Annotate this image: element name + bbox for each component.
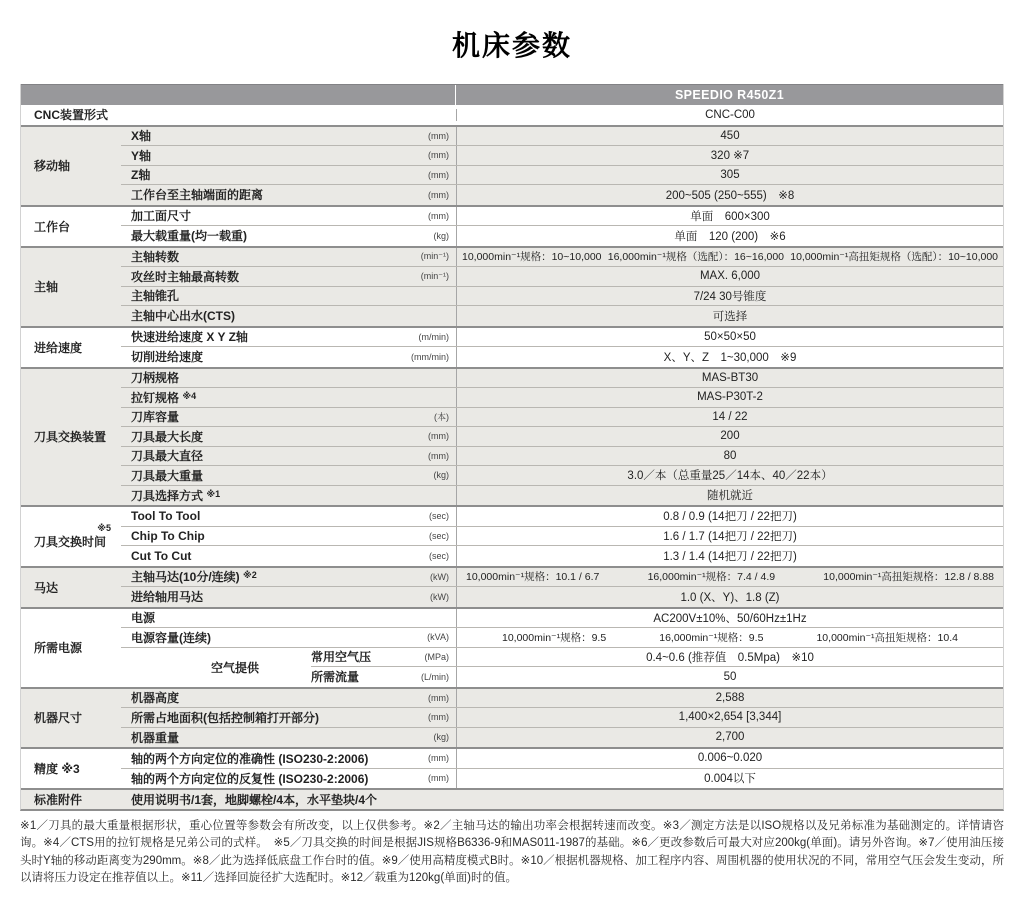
value-cell: 2,588 xyxy=(456,689,1003,708)
air-supply-block: 空气提供 常用空气压(MPa) 0.4~0.6 (推荐值 0.5Mpa) ※10… xyxy=(121,648,1003,687)
spec-row: 切削进给速度(mm/min) X、Y、Z 1~30,000 ※9 xyxy=(121,347,1003,367)
section-spindle: 主轴 主轴转数(min⁻¹) 10,000min⁻¹规格：10~10,000 1… xyxy=(21,246,1003,326)
spec-row: 主轴马达(10分/连续) ※2(kW) 10,000min⁻¹规格：10.1 /… xyxy=(121,568,1003,588)
spec-row: 主轴转数(min⁻¹) 10,000min⁻¹规格：10~10,000 16,0… xyxy=(121,248,1003,268)
value-part: 16,000min⁻¹规格（选配）：16~16,000 xyxy=(608,249,784,264)
param-label: 常用空气压 xyxy=(311,648,371,665)
value-cell: AC200V±10%、50/60Hz±1Hz xyxy=(456,609,1003,628)
value-cell: 可选择 xyxy=(456,306,1003,326)
spec-row: 刀库容量(本) 14 / 22 xyxy=(121,408,1003,428)
param-label: Tool To Tool xyxy=(131,509,200,523)
param-label: 刀具最大长度 xyxy=(131,428,203,445)
param-label: Cut To Cut xyxy=(131,549,191,563)
spec-row: Z轴(mm) 305 xyxy=(121,166,1003,186)
unit-label: (本) xyxy=(428,410,449,423)
param-label: X轴 xyxy=(131,127,151,144)
param-label: 主轴马达(10分/连续) ※2 xyxy=(131,568,257,585)
value-part: 10,000min⁻¹规格：10.1 / 6.7 xyxy=(466,569,599,584)
unit-label: (sec) xyxy=(423,551,449,561)
footnote-mark: ※1 xyxy=(206,489,220,499)
unit-label: (min⁻¹) xyxy=(415,251,449,262)
unit-label: (mm) xyxy=(422,211,449,221)
value-cell: 0.8 / 0.9 (14把刀 / 22把刀) xyxy=(456,507,1003,526)
value-part: 10,000min⁻¹高扭矩规格（选配）：10~10,000 xyxy=(790,249,998,264)
spec-row: 刀具最大直径(mm) 80 xyxy=(121,447,1003,467)
param-label: 切削进给速度 xyxy=(131,348,203,365)
value-cell: 10,000min⁻¹规格：9.5 16,000min⁻¹规格：9.5 10,0… xyxy=(456,628,1003,647)
subcategory-label: 空气提供 xyxy=(121,648,311,687)
param-label: Y轴 xyxy=(131,147,151,164)
footnote-mark: ※4 xyxy=(182,391,196,401)
value-cell: 2,700 xyxy=(456,728,1003,748)
unit-label: (mm) xyxy=(422,170,449,180)
value-part: 16,000min⁻¹规格：9.5 xyxy=(659,630,763,645)
spec-row: 主轴锥孔 7/24 30号锥度 xyxy=(121,287,1003,307)
category-label: 马达 xyxy=(21,568,121,607)
spec-row: 快速进给速度 X Y Z轴(m/min) 50×50×50 xyxy=(121,328,1003,348)
value-part: 10,000min⁻¹高扭矩规格：10.4 xyxy=(816,630,958,645)
param-label: 所需流量 xyxy=(311,668,359,685)
param-label: 进给轴用马达 xyxy=(131,588,203,605)
value-cell: 0.006~0.020 xyxy=(456,749,1003,768)
value-cell: 7/24 30号锥度 xyxy=(456,287,1003,306)
spec-row: 拉钉规格 ※4 MAS-P30T-2 xyxy=(121,388,1003,408)
unit-label: (L/min) xyxy=(415,672,449,682)
unit-label: (mm) xyxy=(422,773,449,783)
value-part: 10,000min⁻¹高扭矩规格：12.8 / 8.88 xyxy=(823,569,994,584)
footnote-mark: ※5 xyxy=(34,523,111,533)
unit-label: (mm) xyxy=(422,190,449,200)
value-cell: 320 ※7 xyxy=(456,146,1003,165)
unit-label: (kW) xyxy=(424,592,449,602)
value-cell: 10,000min⁻¹规格：10~10,000 16,000min⁻¹规格（选配… xyxy=(456,248,1003,267)
value-part: 10,000min⁻¹规格：10~10,000 xyxy=(462,249,602,264)
unit-label: (mm) xyxy=(422,150,449,160)
param-label: 刀具选择方式 ※1 xyxy=(131,487,220,504)
value-cell: 50 xyxy=(456,667,1003,687)
param-label: 所需占地面积(包括控制箱打开部分) xyxy=(131,709,319,726)
category-label: 所需电源 xyxy=(21,609,121,687)
param-label: 轴的两个方向定位的反复性 (ISO230-2:2006) xyxy=(131,770,368,787)
param-label: 加工面尺寸 xyxy=(131,207,191,224)
spec-row: 常用空气压(MPa) 0.4~0.6 (推荐值 0.5Mpa) ※10 xyxy=(311,648,1003,668)
value-cell: 200 xyxy=(456,427,1003,446)
unit-label: (mm) xyxy=(422,693,449,703)
category-label: ※5 刀具交换时间 xyxy=(21,507,121,566)
spec-row: 电源 AC200V±10%、50/60Hz±1Hz xyxy=(121,609,1003,629)
spec-row: Chip To Chip(sec) 1.6 / 1.7 (14把刀 / 22把刀… xyxy=(121,527,1003,547)
spec-row: 机器重量(kg) 2,700 xyxy=(121,728,1003,748)
value-cell: MAX. 6,000 xyxy=(456,267,1003,286)
spec-row: Y轴(mm) 320 ※7 xyxy=(121,146,1003,166)
section-table: 工作台 加工面尺寸(mm) 单面 600×300 最大载重量(均一载重)(kg)… xyxy=(21,205,1003,246)
unit-label: (kg) xyxy=(428,231,450,241)
param-label: 刀具最大重量 xyxy=(131,467,203,484)
category-label: 机器尺寸 xyxy=(21,689,121,748)
value-cell: 单面 600×300 xyxy=(456,207,1003,226)
param-label: 机器重量 xyxy=(131,729,179,746)
spec-row: Cut To Cut(sec) 1.3 / 1.4 (14把刀 / 22把刀) xyxy=(121,546,1003,566)
spec-table: SPEEDIO R450Z1 CNC装置形式 CNC-C00 移动轴 X轴(mm… xyxy=(20,84,1004,811)
category-label: 移动轴 xyxy=(21,127,121,205)
value-cell: MAS-BT30 xyxy=(456,369,1003,388)
param-label: CNC装置形式 xyxy=(21,106,456,123)
unit-label: (m/min) xyxy=(413,332,450,342)
spec-row: 最大载重量(均一载重)(kg) 单面 120 (200) ※6 xyxy=(121,226,1003,246)
section-accuracy: 精度 ※3 轴的两个方向定位的准确性 (ISO230-2:2006)(mm) 0… xyxy=(21,747,1003,788)
unit-label: (sec) xyxy=(423,531,449,541)
unit-label: (mm) xyxy=(422,753,449,763)
value-cell: 0.004以下 xyxy=(456,769,1003,789)
value-cell: 单面 120 (200) ※6 xyxy=(456,226,1003,246)
spec-row: 攻丝时主轴最高转数(min⁻¹) MAX. 6,000 xyxy=(121,267,1003,287)
unit-label: (kg) xyxy=(428,470,450,480)
value-cell: MAS-P30T-2 xyxy=(456,388,1003,407)
value-part: 16,000min⁻¹规格：7.4 / 4.9 xyxy=(648,569,776,584)
value-cell: 随机就近 xyxy=(456,486,1003,506)
unit-label: (min⁻¹) xyxy=(415,271,449,282)
value-cell: 10,000min⁻¹规格：10.1 / 6.7 16,000min⁻¹规格：7… xyxy=(456,568,1003,587)
table-header-row: SPEEDIO R450Z1 xyxy=(21,84,1003,105)
value-cell: CNC-C00 xyxy=(456,109,1003,121)
page-title: 机床参数 xyxy=(0,0,1024,64)
spec-row: 轴的两个方向定位的准确性 (ISO230-2:2006)(mm) 0.006~0… xyxy=(121,749,1003,769)
unit-label: (sec) xyxy=(423,511,449,521)
value-cell: 305 xyxy=(456,166,1003,185)
spec-row: 所需占地面积(包括控制箱打开部分)(mm) 1,400×2,654 [3,344… xyxy=(121,708,1003,728)
category-label: 主轴 xyxy=(21,248,121,326)
value-cell: 50×50×50 xyxy=(456,328,1003,347)
unit-label: (MPa) xyxy=(419,652,450,662)
unit-label: (kW) xyxy=(424,572,449,582)
param-label: 刀具最大直径 xyxy=(131,447,203,464)
value-cell: 使用说明书/1套，地脚螺栓/4本，水平垫块/4个 xyxy=(121,790,1003,809)
section-power-supply: 所需电源 电源 AC200V±10%、50/60Hz±1Hz 电源容量(连续)(… xyxy=(21,607,1003,687)
spec-row: 轴的两个方向定位的反复性 (ISO230-2:2006)(mm) 0.004以下 xyxy=(121,769,1003,789)
unit-label: (mm) xyxy=(422,431,449,441)
section-standard-accessories: 标准附件 使用说明书/1套，地脚螺栓/4本，水平垫块/4个 xyxy=(21,788,1003,809)
spec-row: 刀柄规格 MAS-BT30 xyxy=(121,369,1003,389)
category-label: 标准附件 xyxy=(21,790,121,809)
value-cell: 1.0 (X、Y)、1.8 (Z) xyxy=(456,587,1003,607)
section-travel-axes: 移动轴 X轴(mm) 450 Y轴(mm) 320 ※7 Z轴(mm) 305 … xyxy=(21,125,1003,205)
unit-label: (mm/min) xyxy=(405,352,449,362)
section-motor: 马达 主轴马达(10分/连续) ※2(kW) 10,000min⁻¹规格：10.… xyxy=(21,566,1003,607)
footnote-mark: ※2 xyxy=(243,570,257,580)
value-cell: 3.0／本（总重量25／14本、40／22本） xyxy=(456,466,1003,485)
header-empty-cell xyxy=(21,85,456,105)
value-part: 10,000min⁻¹规格：9.5 xyxy=(502,630,606,645)
unit-label: (mm) xyxy=(422,451,449,461)
unit-label: (kg) xyxy=(428,732,450,742)
footnotes: ※1／刀具的最大重量根据形状，重心位置等参数会有所改变，以上仅供参考。※2／主轴… xyxy=(20,818,1004,887)
category-label: 进给速度 xyxy=(21,328,121,367)
unit-label: (mm) xyxy=(422,131,449,141)
value-cell: X、Y、Z 1~30,000 ※9 xyxy=(456,347,1003,367)
category-label: 工作台 xyxy=(21,207,121,246)
spec-row: X轴(mm) 450 xyxy=(121,127,1003,147)
spec-row: 电源容量(连续)(kVA) 10,000min⁻¹规格：9.5 16,000mi… xyxy=(121,628,1003,648)
value-cell: 80 xyxy=(456,447,1003,466)
category-label: 刀具交换装置 xyxy=(21,369,121,506)
spec-row: 加工面尺寸(mm) 单面 600×300 xyxy=(121,207,1003,227)
spec-row: 工作台至主轴端面的距离(mm) 200~505 (250~555) ※8 xyxy=(121,185,1003,205)
spec-row: Tool To Tool(sec) 0.8 / 0.9 (14把刀 / 22把刀… xyxy=(121,507,1003,527)
param-label: 最大载重量(均一载重) xyxy=(131,227,247,244)
section-machine-size: 机器尺寸 机器高度(mm) 2,588 所需占地面积(包括控制箱打开部分)(mm… xyxy=(21,687,1003,748)
param-label: Chip To Chip xyxy=(131,529,205,543)
value-cell: 0.4~0.6 (推荐值 0.5Mpa) ※10 xyxy=(456,648,1003,667)
param-label: Z轴 xyxy=(131,166,150,183)
param-label: 主轴锥孔 xyxy=(131,287,179,304)
param-label: 攻丝时主轴最高转数 xyxy=(131,268,239,285)
param-label: 主轴转数 xyxy=(131,248,179,265)
param-label: 电源容量(连续) xyxy=(131,629,211,646)
spec-row: 刀具最大长度(mm) 200 xyxy=(121,427,1003,447)
spec-row: 主轴中心出水(CTS) 可选择 xyxy=(121,306,1003,326)
param-label: 工作台至主轴端面的距离 xyxy=(131,186,263,203)
spec-row: 刀具选择方式 ※1 随机就近 xyxy=(121,486,1003,506)
param-label: 刀库容量 xyxy=(131,408,179,425)
value-cell: 450 xyxy=(456,127,1003,146)
unit-label: (kVA) xyxy=(421,632,449,642)
spec-row: 机器高度(mm) 2,588 xyxy=(121,689,1003,709)
value-cell: 14 / 22 xyxy=(456,408,1003,427)
model-header: SPEEDIO R450Z1 xyxy=(456,85,1003,105)
value-cell: 200~505 (250~555) ※8 xyxy=(456,185,1003,205)
section-feed-rate: 进给速度 快速进给速度 X Y Z轴(m/min) 50×50×50 切削进给速… xyxy=(21,326,1003,367)
param-label: 快速进给速度 X Y Z轴 xyxy=(131,328,248,345)
cnc-row: CNC装置形式 CNC-C00 xyxy=(21,105,1003,125)
value-cell: 1,400×2,654 [3,344] xyxy=(456,708,1003,727)
spec-row: 进给轴用马达(kW) 1.0 (X、Y)、1.8 (Z) xyxy=(121,587,1003,607)
value-cell: 1.6 / 1.7 (14把刀 / 22把刀) xyxy=(456,527,1003,546)
spec-row: 所需流量(L/min) 50 xyxy=(311,667,1003,687)
param-label: 刀柄规格 xyxy=(131,369,179,386)
param-label: 主轴中心出水(CTS) xyxy=(131,307,235,324)
unit-label: (mm) xyxy=(422,712,449,722)
value-cell: 1.3 / 1.4 (14把刀 / 22把刀) xyxy=(456,546,1003,566)
param-label: 轴的两个方向定位的准确性 (ISO230-2:2006) xyxy=(131,750,368,767)
category-label: 精度 ※3 xyxy=(21,749,121,788)
section-tool-change-time: ※5 刀具交换时间 Tool To Tool(sec) 0.8 / 0.9 (1… xyxy=(21,505,1003,566)
param-label: 拉钉规格 ※4 xyxy=(131,389,196,406)
param-label: 机器高度 xyxy=(131,689,179,706)
spec-row: 刀具最大重量(kg) 3.0／本（总重量25／14本、40／22本） xyxy=(121,466,1003,486)
section-tool-changer: 刀具交换装置 刀柄规格 MAS-BT30 拉钉规格 ※4 MAS-P30T-2 … xyxy=(21,367,1003,506)
param-label: 电源 xyxy=(131,609,155,626)
